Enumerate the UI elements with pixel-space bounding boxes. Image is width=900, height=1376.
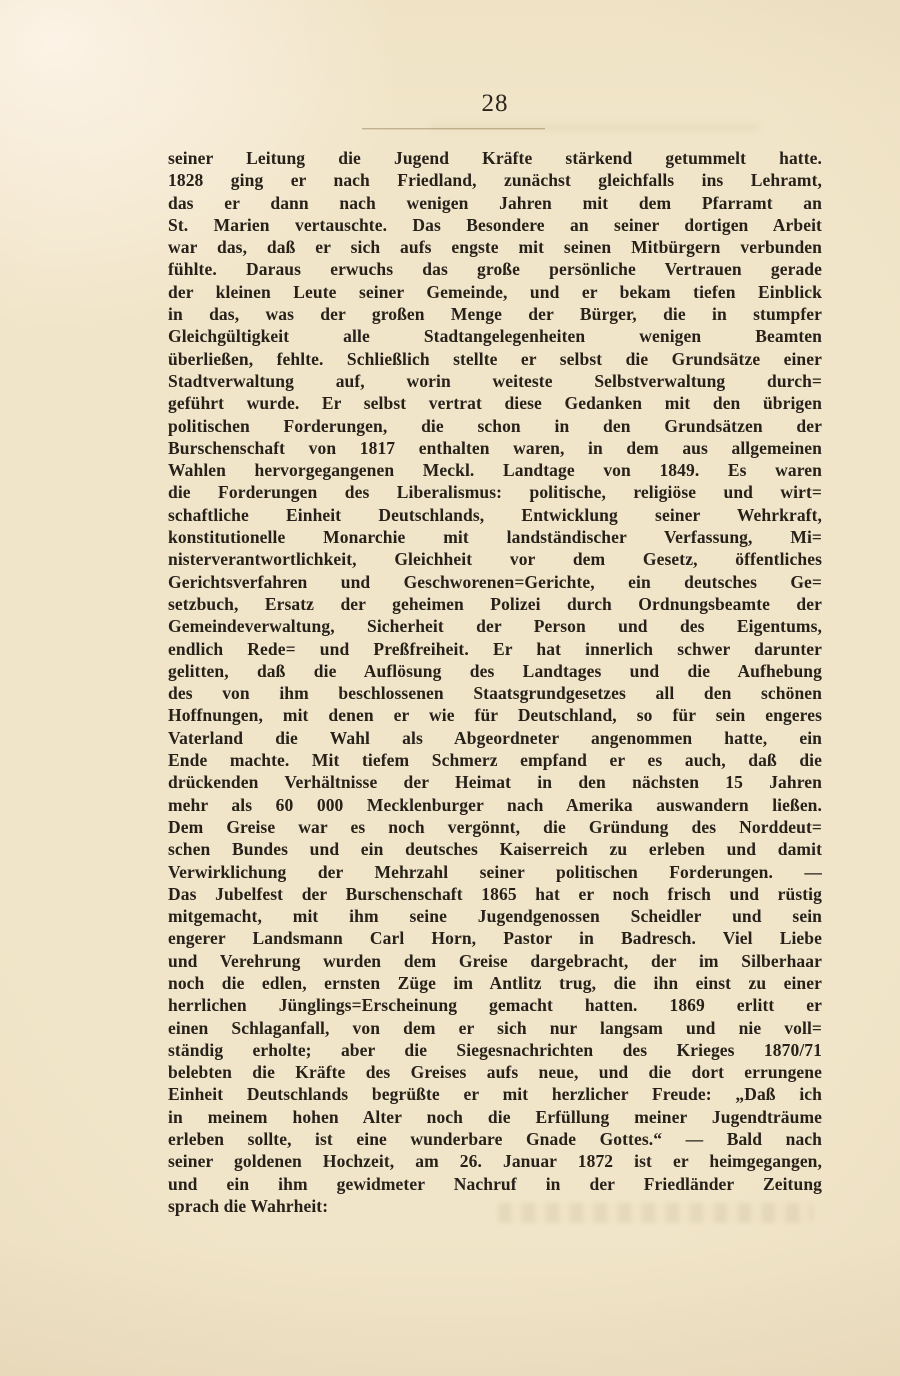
text-line: Gemeindeverwaltung, Sicherheit der Perso… xyxy=(168,615,822,637)
ink-bleed-through-smudge xyxy=(498,1203,813,1223)
text-line: Hoffnungen, mit denen er wie für Deutsch… xyxy=(168,704,822,726)
text-line: einen Schlaganfall, von dem er sich nur … xyxy=(168,1017,822,1039)
text-line: noch die edlen, ernsten Züge im Antlitz … xyxy=(168,972,822,994)
text-line: engerer Landsmann Carl Horn, Pastor in B… xyxy=(168,927,822,949)
text-line: der kleinen Leute seiner Gemeinde, und e… xyxy=(168,281,822,303)
text-line: Ende machte. Mit tiefem Schmerz empfand … xyxy=(168,749,822,771)
text-line: in meinem hohen Alter noch die Erfüllung… xyxy=(168,1106,822,1128)
text-line: war das, daß er sich aufs engste mit sei… xyxy=(168,236,822,258)
text-line: politischen Forderungen, die schon in de… xyxy=(168,415,822,437)
text-line: nisterverantwortlichkeit, Gleichheit vor… xyxy=(168,548,822,570)
text-line: und Verehrung wurden dem Greise dargebra… xyxy=(168,950,822,972)
text-line: herrlichen Jünglings=Erscheinung gemacht… xyxy=(168,994,822,1016)
text-line: seiner Leitung die Jugend Kräfte stärken… xyxy=(168,147,822,169)
text-line: Dem Greise war es noch vergönnt, die Grü… xyxy=(168,816,822,838)
text-line: Burschenschaft von 1817 enthalten waren,… xyxy=(168,437,822,459)
text-line: 1828 ging er nach Friedland, zunächst gl… xyxy=(168,169,822,191)
text-line: belebten die Kräfte des Greises aufs neu… xyxy=(168,1061,822,1083)
text-line: mehr als 60 000 Mecklenburger nach Ameri… xyxy=(168,794,822,816)
text-line: schen Bundes und ein deutsches Kaiserrei… xyxy=(168,838,822,860)
text-line: überließen, fehlte. Schließlich stellte … xyxy=(168,348,822,370)
text-line: St. Marien vertauschte. Das Besondere an… xyxy=(168,214,822,236)
text-line: endlich Rede= und Preßfreiheit. Er hat i… xyxy=(168,638,822,660)
text-line: mitgemacht, mit ihm seine Jugendgenossen… xyxy=(168,905,822,927)
text-line: erleben sollte, ist eine wunderbare Gnad… xyxy=(168,1128,822,1150)
text-line: Das Jubelfest der Burschenschaft 1865 ha… xyxy=(168,883,822,905)
text-line: Gleichgültigkeit alle Stadtangelegenheit… xyxy=(168,325,822,347)
text-line: und ein ihm gewidmeter Nachruf in der Fr… xyxy=(168,1173,822,1195)
text-line: ständig erholte; aber die Siegesnachrich… xyxy=(168,1039,822,1061)
text-line: Vaterland die Wahl als Abgeordneter ange… xyxy=(168,727,822,749)
text-line: setzbuch, Ersatz der geheimen Polizei du… xyxy=(168,593,822,615)
text-line: konstitutionelle Monarchie mit landständ… xyxy=(168,526,822,548)
text-line: des von ihm beschlossenen Staatsgrundges… xyxy=(168,682,822,704)
text-line: fühlte. Daraus erwuchs das große persönl… xyxy=(168,258,822,280)
text-line: die Forderungen des Liberalismus: politi… xyxy=(168,481,822,503)
ink-bleed-through-smudge xyxy=(430,123,760,131)
text-line: gelitten, daß die Auflösung des Landtage… xyxy=(168,660,822,682)
text-line: seiner goldenen Hochzeit, am 26. Januar … xyxy=(168,1150,822,1172)
text-line: Einheit Deutschlands begrüßte er mit her… xyxy=(168,1083,822,1105)
text-line: Gerichtsverfahren und Geschworenen=Geric… xyxy=(168,571,822,593)
scanned-book-page: 28 seiner Leitung die Jugend Kräfte stär… xyxy=(0,0,900,1376)
text-line: das er dann nach wenigen Jahren mit dem … xyxy=(168,192,822,214)
text-line: schaftliche Einheit Deutschlands, Entwic… xyxy=(168,504,822,526)
text-line: geführt wurde. Er selbst vertrat diese G… xyxy=(168,392,822,414)
text-line: in das, was der großen Menge der Bürger,… xyxy=(168,303,822,325)
text-line: Stadtverwaltung auf, worin weiteste Selb… xyxy=(168,370,822,392)
text-line: Wahlen hervorgegangenen Meckl. Landtage … xyxy=(168,459,822,481)
text-line: Verwirklichung der Mehrzahl seiner polit… xyxy=(168,861,822,883)
body-text: seiner Leitung die Jugend Kräfte stärken… xyxy=(168,147,822,1217)
text-line: drückenden Verhältnisse der Heimat in de… xyxy=(168,771,822,793)
page-number: 28 xyxy=(168,90,822,118)
